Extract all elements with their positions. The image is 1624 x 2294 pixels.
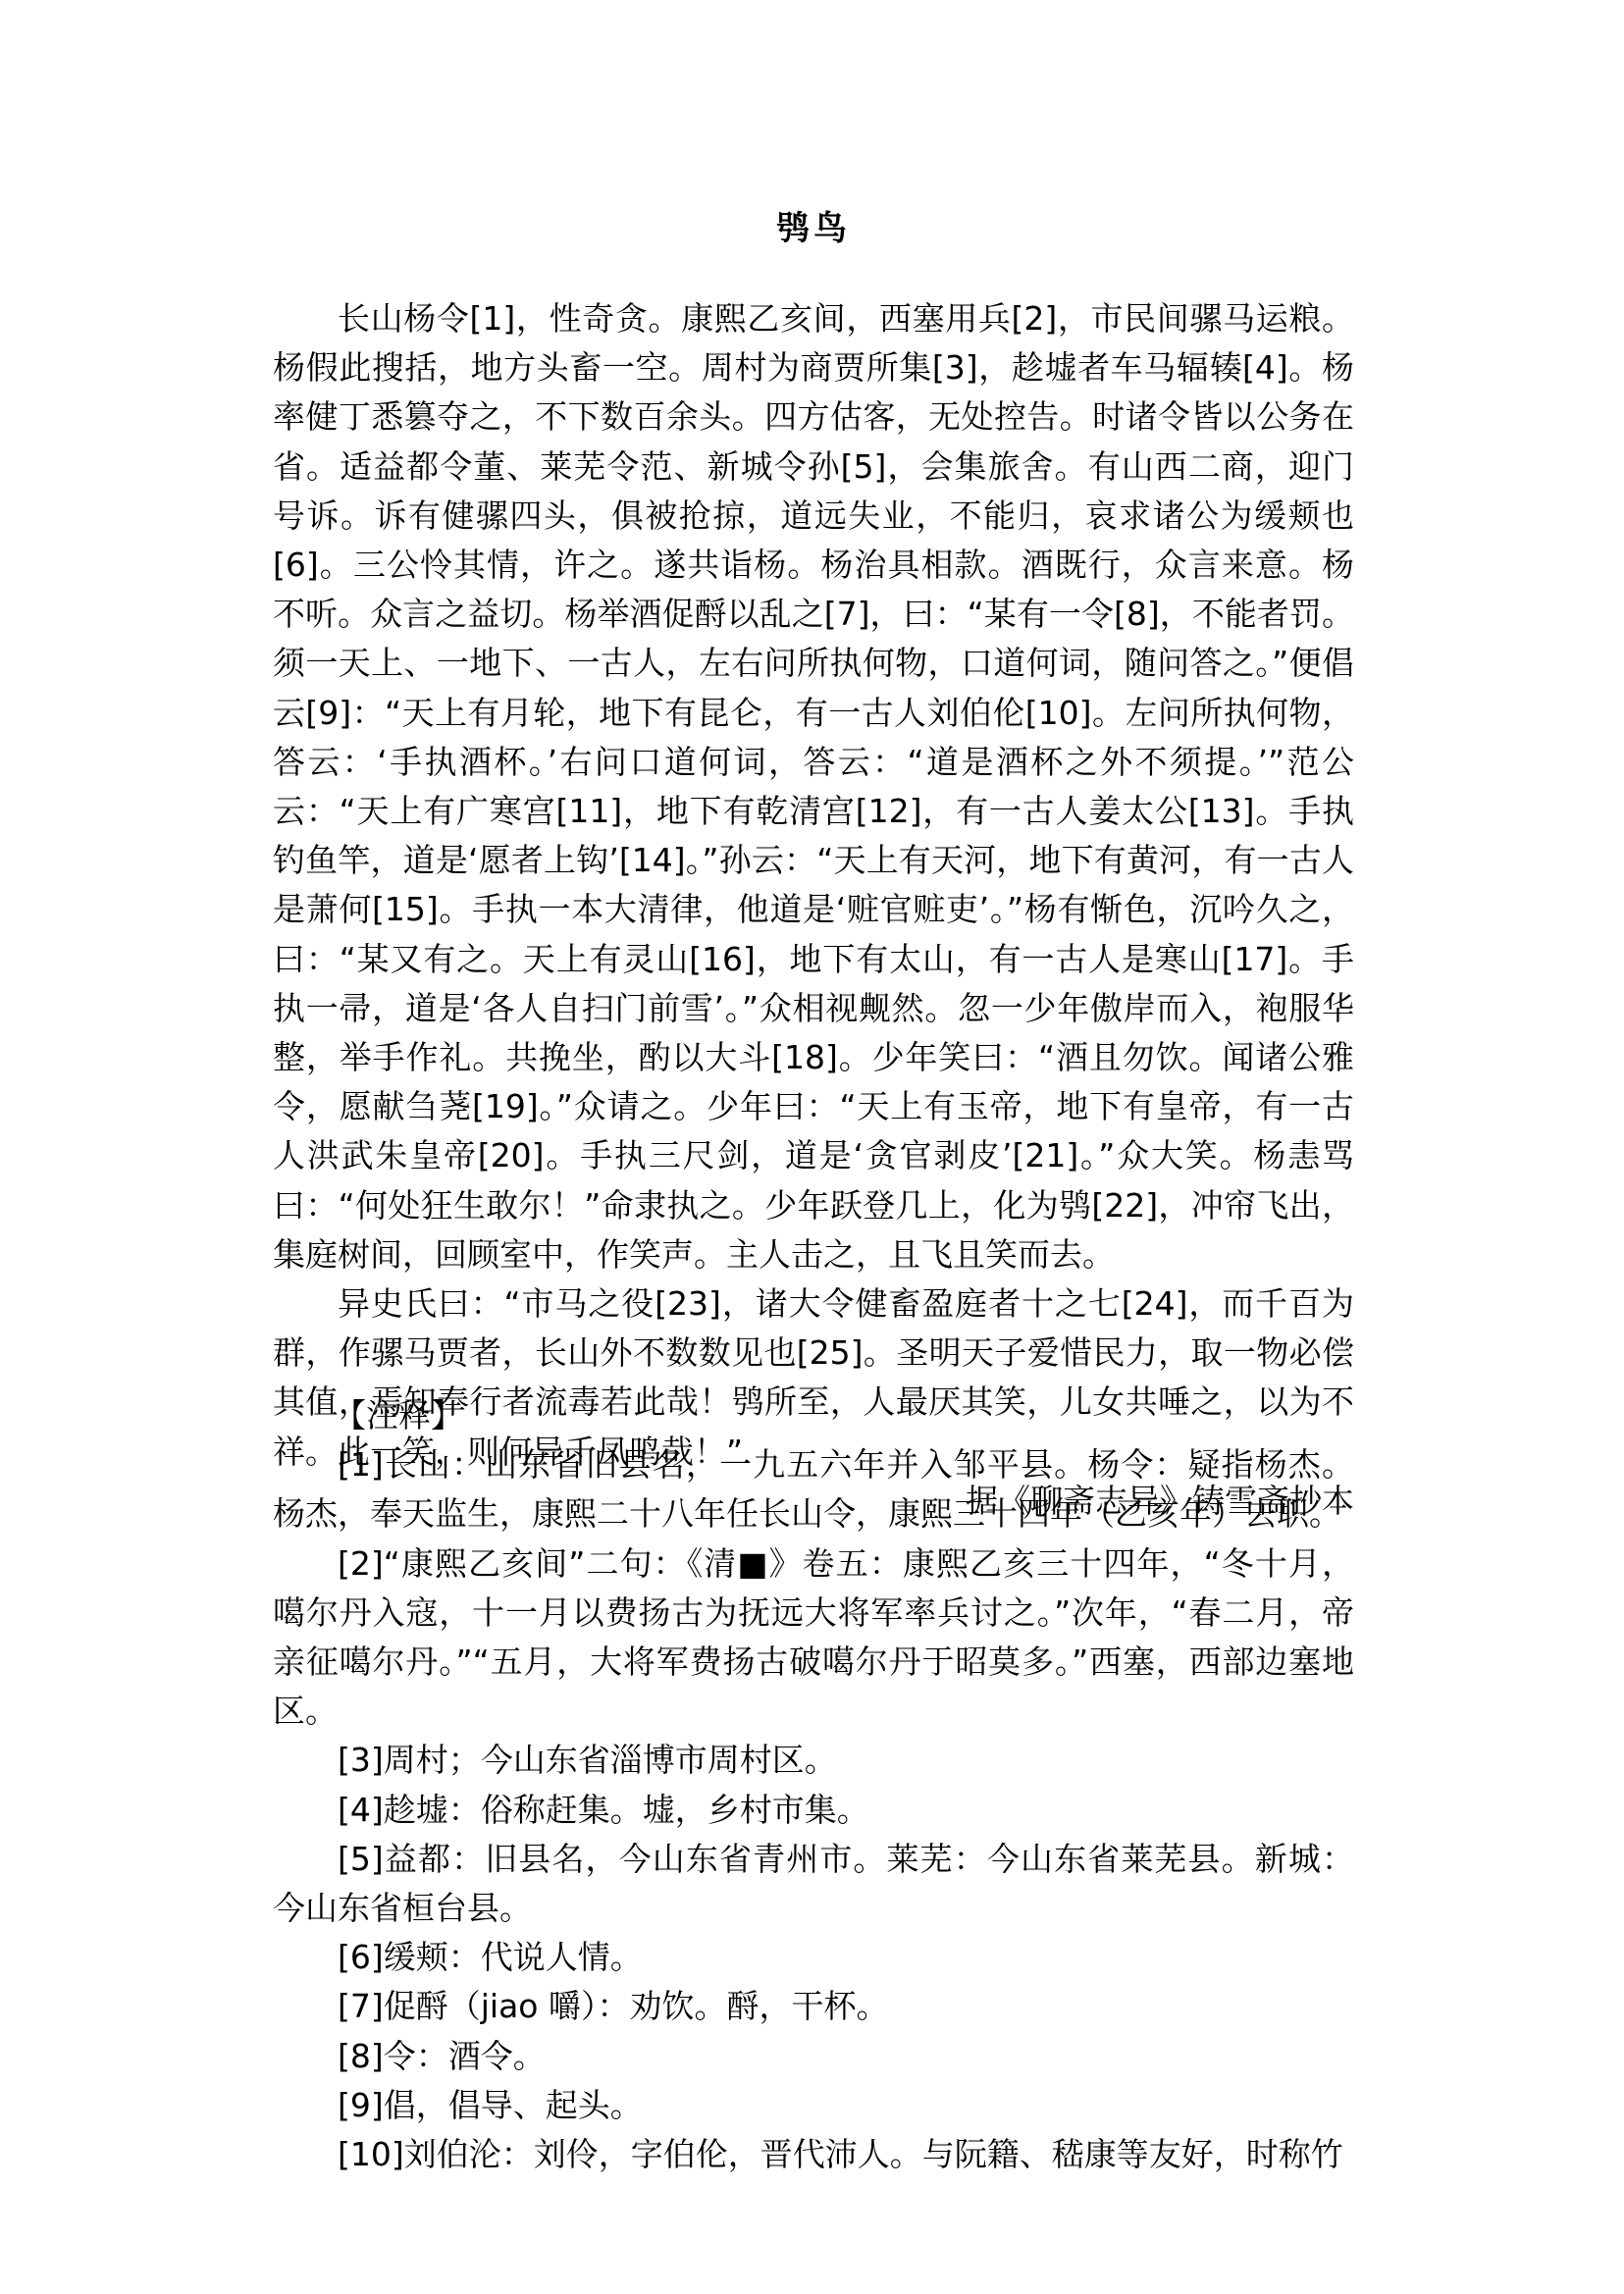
note-item: [1]长山：山东省旧县名，一九五六年并入邹平县。杨令：疑指杨杰。杨杰，奉天监生，… — [273, 1440, 1354, 1538]
note-item: [4]趁墟：俗称赶集。墟，乡村市集。 — [273, 1786, 1354, 1835]
note-item: [2]“康熙乙亥间”二句：《清■》卷五：康熙乙亥三十四年，“冬十月，噶尔丹入寇，… — [273, 1539, 1354, 1737]
note-item: [8]令：酒令。 — [273, 2032, 1354, 2081]
story-body: 长山杨令[1]，性奇贪。康熙乙亥间，西塞用兵[2]，市民间骡马运粮。杨假此搜括，… — [273, 294, 1354, 1526]
note-item: [6]缓颊：代说人情。 — [273, 1933, 1354, 1982]
story-paragraph: 长山杨令[1]，性奇贪。康熙乙亥间，西塞用兵[2]，市民间骡马运粮。杨假此搜括，… — [273, 294, 1354, 1279]
note-item: [3]周村；今山东省淄博市周村区。 — [273, 1736, 1354, 1785]
note-item: [5]益都：旧县名，今山东省青州市。莱芜：今山东省莱芜县。新城：今山东省桓台县。 — [273, 1835, 1354, 1933]
notes-heading: 【注释】 — [273, 1391, 1354, 1440]
note-item: [7]促酹（jiao 嚼）：劝饮。酹，干杯。 — [273, 1982, 1354, 2031]
notes-section: 【注释】 [1]长山：山东省旧县名，一九五六年并入邹平县。杨令：疑指杨杰。杨杰，… — [273, 1391, 1354, 2179]
note-item: [9]倡，倡导、起头。 — [273, 2081, 1354, 2130]
note-item: [10]刘伯沦：刘伶，字伯伦，晋代沛人。与阮籍、嵇康等友好，时称竹 — [273, 2130, 1354, 2179]
page-title: 鸮鸟 — [273, 201, 1354, 249]
